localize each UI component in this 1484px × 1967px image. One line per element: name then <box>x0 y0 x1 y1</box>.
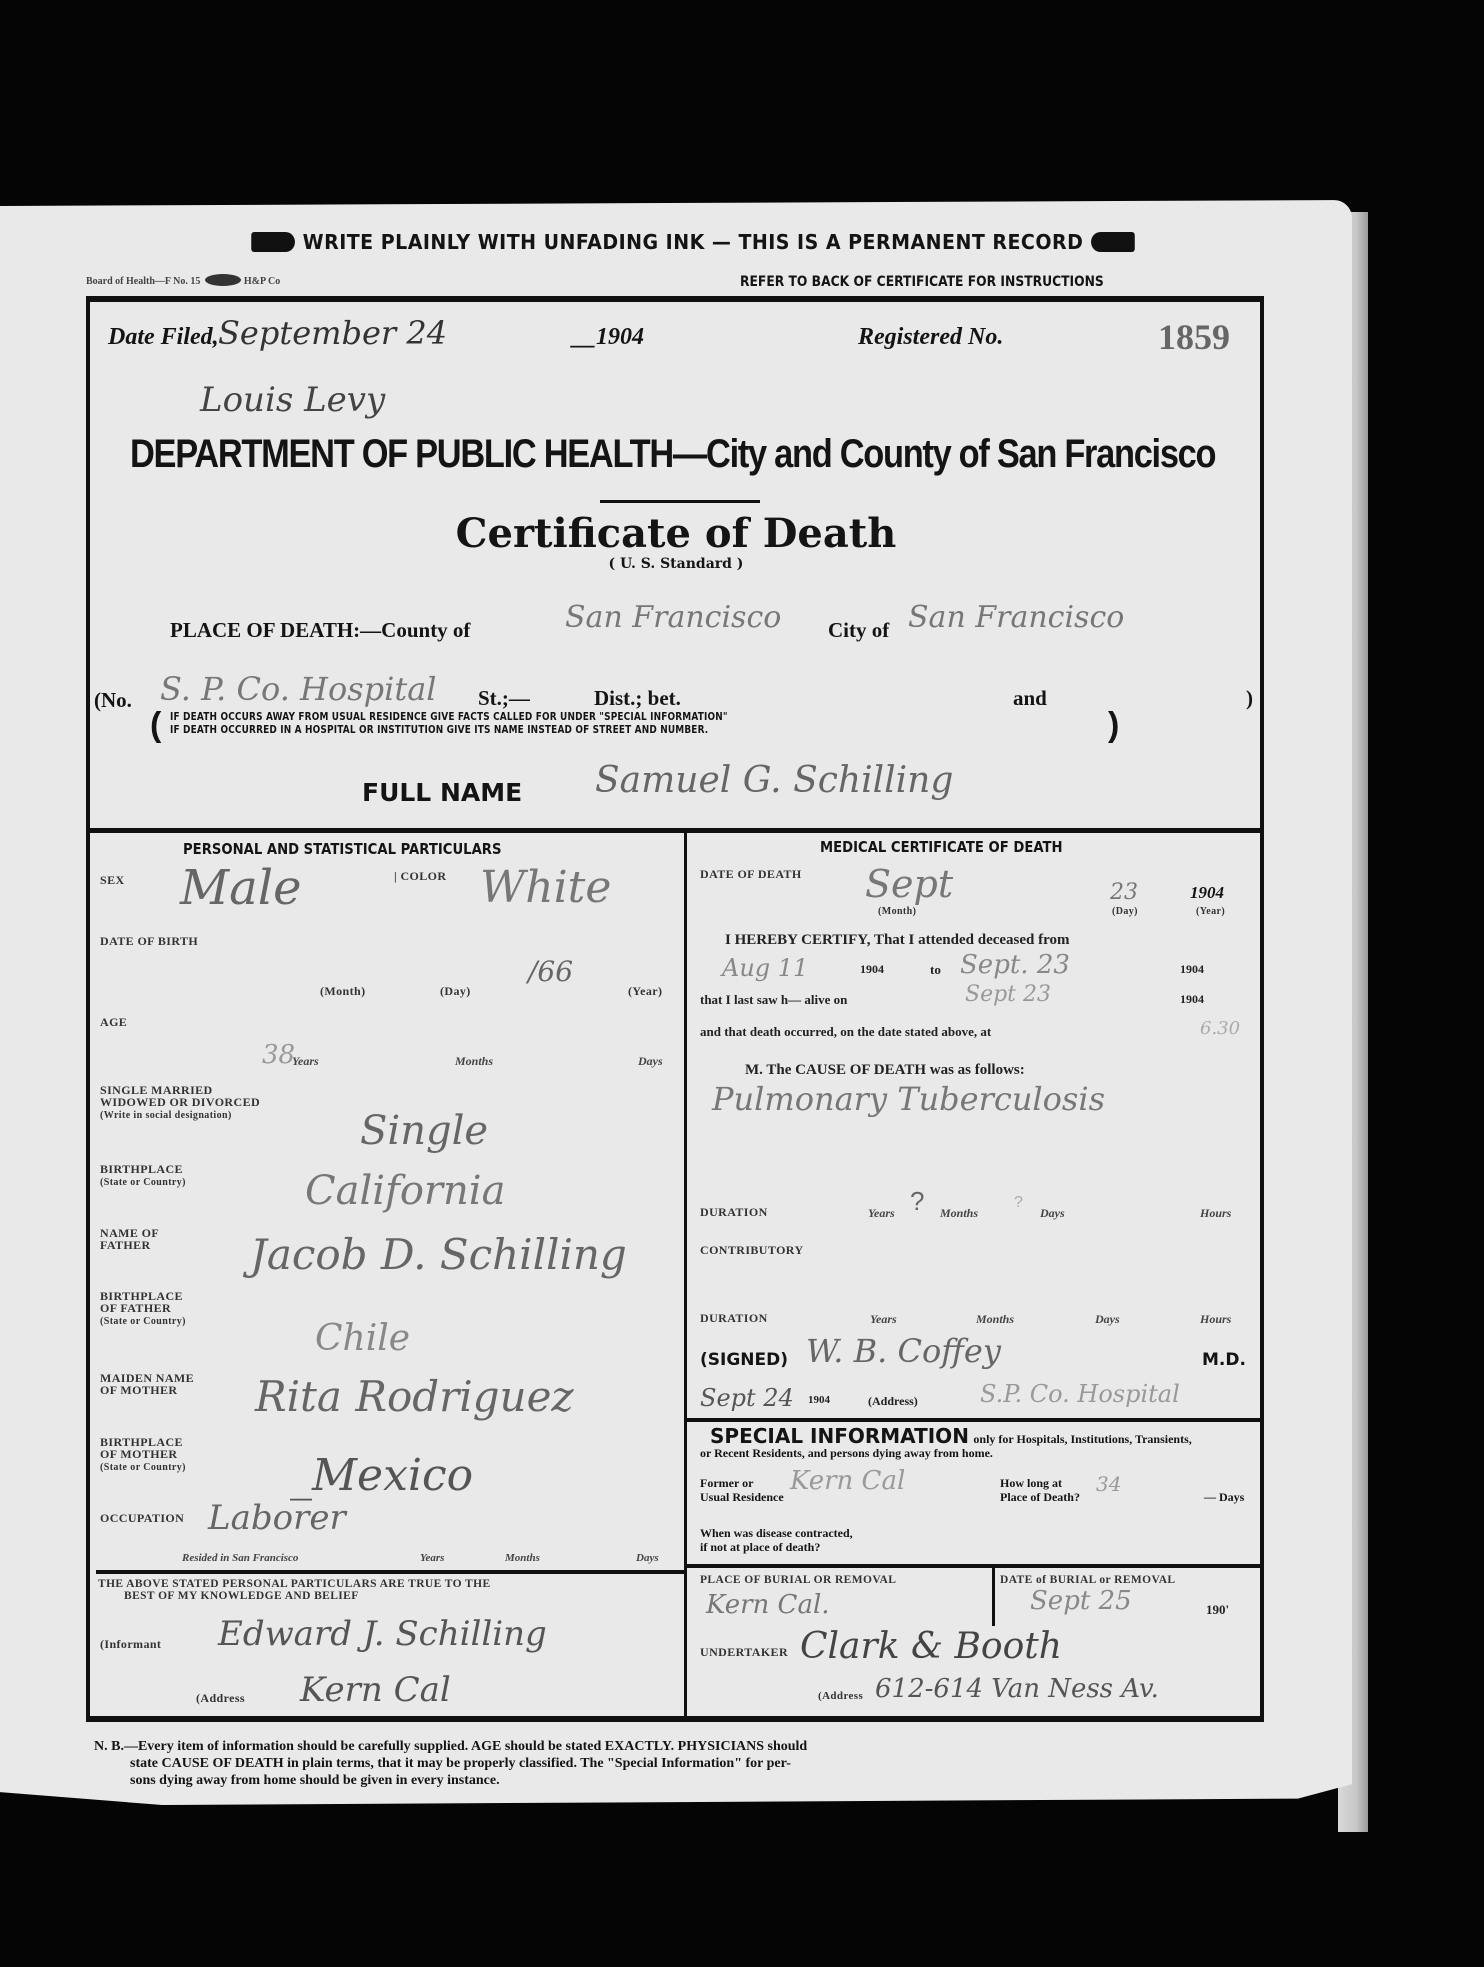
marital-label: SINGLE MARRIEDWIDOWED OR DIVORCED(Write … <box>100 1084 260 1122</box>
registered-number: 1859 <box>1158 316 1230 358</box>
special-heading-line2: or Recent Residents, and persons dying a… <box>700 1446 993 1461</box>
informant-label: (Informant <box>100 1638 161 1650</box>
last-saw-value: Sept 23 <box>965 982 1051 1007</box>
occurred-text: and that death occurred, on the date sta… <box>700 1024 991 1040</box>
county-value: San Francisco <box>565 600 781 635</box>
undertaker-label: UNDERTAKER <box>700 1646 788 1658</box>
hospital-note: IF DEATH OCCURRED IN A HOSPITAL OR INSTI… <box>170 724 708 736</box>
attest-divider <box>96 1570 684 1574</box>
age-years-label: Years <box>292 1054 319 1069</box>
title-divider <box>600 500 760 503</box>
last-saw-text: that I last saw h— alive on <box>700 992 847 1008</box>
dob-month-label: (Month) <box>320 985 365 997</box>
certificate-title: Certificate of Death <box>0 510 1352 557</box>
banner-text: WRITE PLAINLY WITH UNFADING INK — THIS I… <box>303 230 1084 254</box>
district-label: Dist.; bet. <box>594 686 681 711</box>
department-title: DEPARTMENT OF PUBLIC HEALTH—City and Cou… <box>130 432 1215 477</box>
mother-name-value: Rita Rodriguez <box>255 1372 574 1421</box>
death-year-value: 1904 <box>1190 883 1224 903</box>
footnote-line-1: N. B.—Every item of information should b… <box>94 1739 807 1754</box>
duration2-years: Years <box>870 1312 897 1327</box>
burial-date-label: DATE of BURIAL or REMOVAL <box>1000 1574 1176 1586</box>
undertaker-value: Clark & Booth <box>800 1626 1062 1667</box>
father-name-value: Jacob D. Schilling <box>250 1230 627 1279</box>
pointing-hand-icon <box>251 232 295 252</box>
date-of-death-label: DATE OF DEATH <box>700 868 802 880</box>
printer-seal-icon <box>205 274 241 286</box>
burial-date-value: Sept 25 <box>1030 1586 1132 1616</box>
duration-years-value: ? <box>910 1186 924 1217</box>
signed-label: (SIGNED) <box>700 1350 788 1370</box>
duration2-days: Days <box>1095 1312 1120 1327</box>
medical-heading: MEDICAL CERTIFICATE OF DEATH <box>820 838 1063 856</box>
md-label: M.D. <box>1202 1350 1246 1370</box>
birthplace-value: California <box>305 1168 505 1214</box>
age-days-label: Days <box>638 1054 663 1069</box>
last-saw-year: 1904 <box>1180 992 1204 1007</box>
form-code: Board of Health—F No. 15 H&P Co <box>86 274 280 287</box>
how-long-unit: — Days <box>1204 1490 1244 1505</box>
section-divider <box>88 828 1262 833</box>
death-month-label: (Month) <box>878 906 916 918</box>
date-filed-year: __1904 <box>572 324 644 351</box>
and-label: and <box>1013 686 1047 711</box>
resided-days-label: Days <box>636 1552 659 1564</box>
how-long-label: How long atPlace of Death? <box>1000 1476 1080 1504</box>
signed-address-value: S.P. Co. Hospital <box>980 1380 1180 1408</box>
color-value: White <box>480 862 611 913</box>
attended-to-year: 1904 <box>1180 962 1204 977</box>
duration-months-label: Months <box>940 1206 978 1221</box>
father-birthplace-label: BIRTHPLACEOF FATHER(State or Country) <box>100 1290 186 1328</box>
undertaker-address-value: 612-614 Van Ness Av. <box>875 1674 1159 1704</box>
duration-months-value: ? <box>1014 1194 1023 1212</box>
personal-heading: PERSONAL AND STATISTICAL PARTICULARS <box>183 840 501 858</box>
full-name-value: Samuel G. Schilling <box>595 760 953 801</box>
burial-place-label: PLACE OF BURIAL OR REMOVAL <box>700 1574 896 1586</box>
attended-from-year: 1904 <box>860 962 884 977</box>
footnote-line-2: state CAUSE OF DEATH in plain terms, tha… <box>94 1756 791 1771</box>
date-filed-value: September 24 <box>218 314 447 352</box>
registrar-signature: Louis Levy <box>200 380 385 420</box>
certificate-subtitle: ( U. S. Standard ) <box>0 556 1352 572</box>
father-name-label: NAME OFFATHER <box>100 1227 159 1251</box>
burial-divider <box>686 1564 1262 1568</box>
duration-label: DURATION <box>700 1206 768 1218</box>
no-label: (No. <box>94 688 132 713</box>
street-label: St.;— <box>478 686 530 711</box>
burial-year: 190' <box>1206 1602 1229 1618</box>
signed-address-label: (Address) <box>868 1394 918 1409</box>
mother-name-label: MAIDEN NAMEOF MOTHER <box>100 1372 194 1396</box>
age-label: AGE <box>100 1016 127 1028</box>
signed-value: W. B. Coffey <box>806 1332 1001 1370</box>
pointing-hand-icon <box>1091 232 1135 252</box>
note-close-paren: ) <box>1108 706 1119 745</box>
signed-year: 1904 <box>808 1394 830 1406</box>
resided-months-label: Months <box>505 1552 540 1564</box>
cause-value: Pulmonary Tuberculosis <box>712 1080 1105 1118</box>
burial-column-divider <box>992 1566 995 1626</box>
column-divider <box>684 832 687 1718</box>
signed-date: Sept 24 <box>700 1384 794 1412</box>
burial-place-value: Kern Cal. <box>706 1590 830 1620</box>
dob-label: DATE OF BIRTH <box>100 935 198 947</box>
registered-label: Registered No. <box>858 324 1003 351</box>
dob-year-label: (Year) <box>628 985 662 997</box>
special-divider <box>686 1418 1262 1422</box>
full-name-label: FULL NAME <box>362 778 522 807</box>
resided-label: Resided in San Francisco <box>182 1552 298 1564</box>
place-of-death-label: PLACE OF DEATH:—County of <box>170 618 470 643</box>
close-paren: ) <box>1246 686 1253 711</box>
duration-years-label: Years <box>868 1206 895 1221</box>
death-day-value: 23 <box>1110 880 1138 905</box>
occurred-time: 6.30 <box>1200 1018 1240 1039</box>
death-month-value: Sept <box>865 862 953 906</box>
occupation-label: OCCUPATION <box>100 1512 184 1524</box>
informant-value: Edward J. Schilling <box>218 1614 547 1654</box>
undertaker-address-label: (Address <box>818 1690 863 1702</box>
sex-value: Male <box>180 860 302 916</box>
usual-residence-note: IF DEATH OCCURS AWAY FROM USUAL RESIDENC… <box>170 711 728 723</box>
banner: WRITE PLAINLY WITH UNFADING INK — THIS I… <box>171 230 1216 254</box>
birthplace-label: BIRTHPLACE(State or Country) <box>100 1163 186 1189</box>
resided-years-label: Years <box>420 1552 444 1564</box>
marital-value: Single <box>360 1108 488 1154</box>
sex-label: SEX <box>100 874 125 886</box>
attended-to-value: Sept. 23 <box>960 950 1070 980</box>
contracted-label: When was disease contracted,if not at pl… <box>700 1526 853 1554</box>
death-day-label: (Day) <box>1112 906 1138 918</box>
duration2-months: Months <box>976 1312 1014 1327</box>
occupation-value: Laborer <box>208 1498 346 1538</box>
footnote: N. B.—Every item of information should b… <box>94 1738 807 1789</box>
mother-birthplace-value: _Mexico <box>290 1450 473 1501</box>
informant-address-value: Kern Cal <box>300 1670 451 1710</box>
father-birthplace-value: Chile <box>315 1318 410 1359</box>
former-residence-value: Kern Cal <box>790 1466 905 1496</box>
mother-birthplace-label: BIRTHPLACEOF MOTHER(State or Country) <box>100 1436 186 1474</box>
informant-address-label: (Address <box>196 1692 245 1704</box>
certify-text: I HEREBY CERTIFY, That I attended deceas… <box>725 932 1070 949</box>
footnote-line-3: sons dying away from home should be give… <box>94 1773 500 1788</box>
attest-line-1: THE ABOVE STATED PERSONAL PARTICULARS AR… <box>98 1578 491 1590</box>
city-value: San Francisco <box>908 600 1124 635</box>
attended-from-value: Aug 11 <box>722 954 808 982</box>
to-label: to <box>930 962 941 978</box>
dob-day-label: (Day) <box>440 985 471 997</box>
duration2-label: DURATION <box>700 1312 768 1324</box>
date-filed-label: Date Filed, <box>108 324 219 351</box>
no-value: S. P. Co. Hospital <box>160 670 437 708</box>
cause-text: M. The CAUSE OF DEATH was as follows: <box>745 1062 1025 1079</box>
death-year-label: (Year) <box>1196 906 1225 918</box>
attest-line-2: BEST OF MY KNOWLEDGE AND BELIEF <box>124 1590 359 1602</box>
color-label: | COLOR <box>394 870 446 882</box>
duration-hours-label: Hours <box>1200 1206 1231 1221</box>
how-long-value: 34 <box>1096 1472 1121 1496</box>
age-years-value: 38 <box>262 1040 295 1070</box>
dob-year-value: /66 <box>528 955 573 988</box>
special-heading: SPECIAL INFORMATION only for Hospitals, … <box>710 1424 1192 1448</box>
former-residence-label: Former orUsual Residence <box>700 1476 784 1504</box>
note-open-paren: ( <box>150 706 161 745</box>
city-label: City of <box>828 618 889 643</box>
duration-days-label: Days <box>1040 1206 1065 1221</box>
instructions-note: REFER TO BACK OF CERTIFICATE FOR INSTRUC… <box>740 274 1104 290</box>
duration2-hours: Hours <box>1200 1312 1231 1327</box>
contributory-label: CONTRIBUTORY <box>700 1244 804 1256</box>
age-months-label: Months <box>455 1054 493 1069</box>
